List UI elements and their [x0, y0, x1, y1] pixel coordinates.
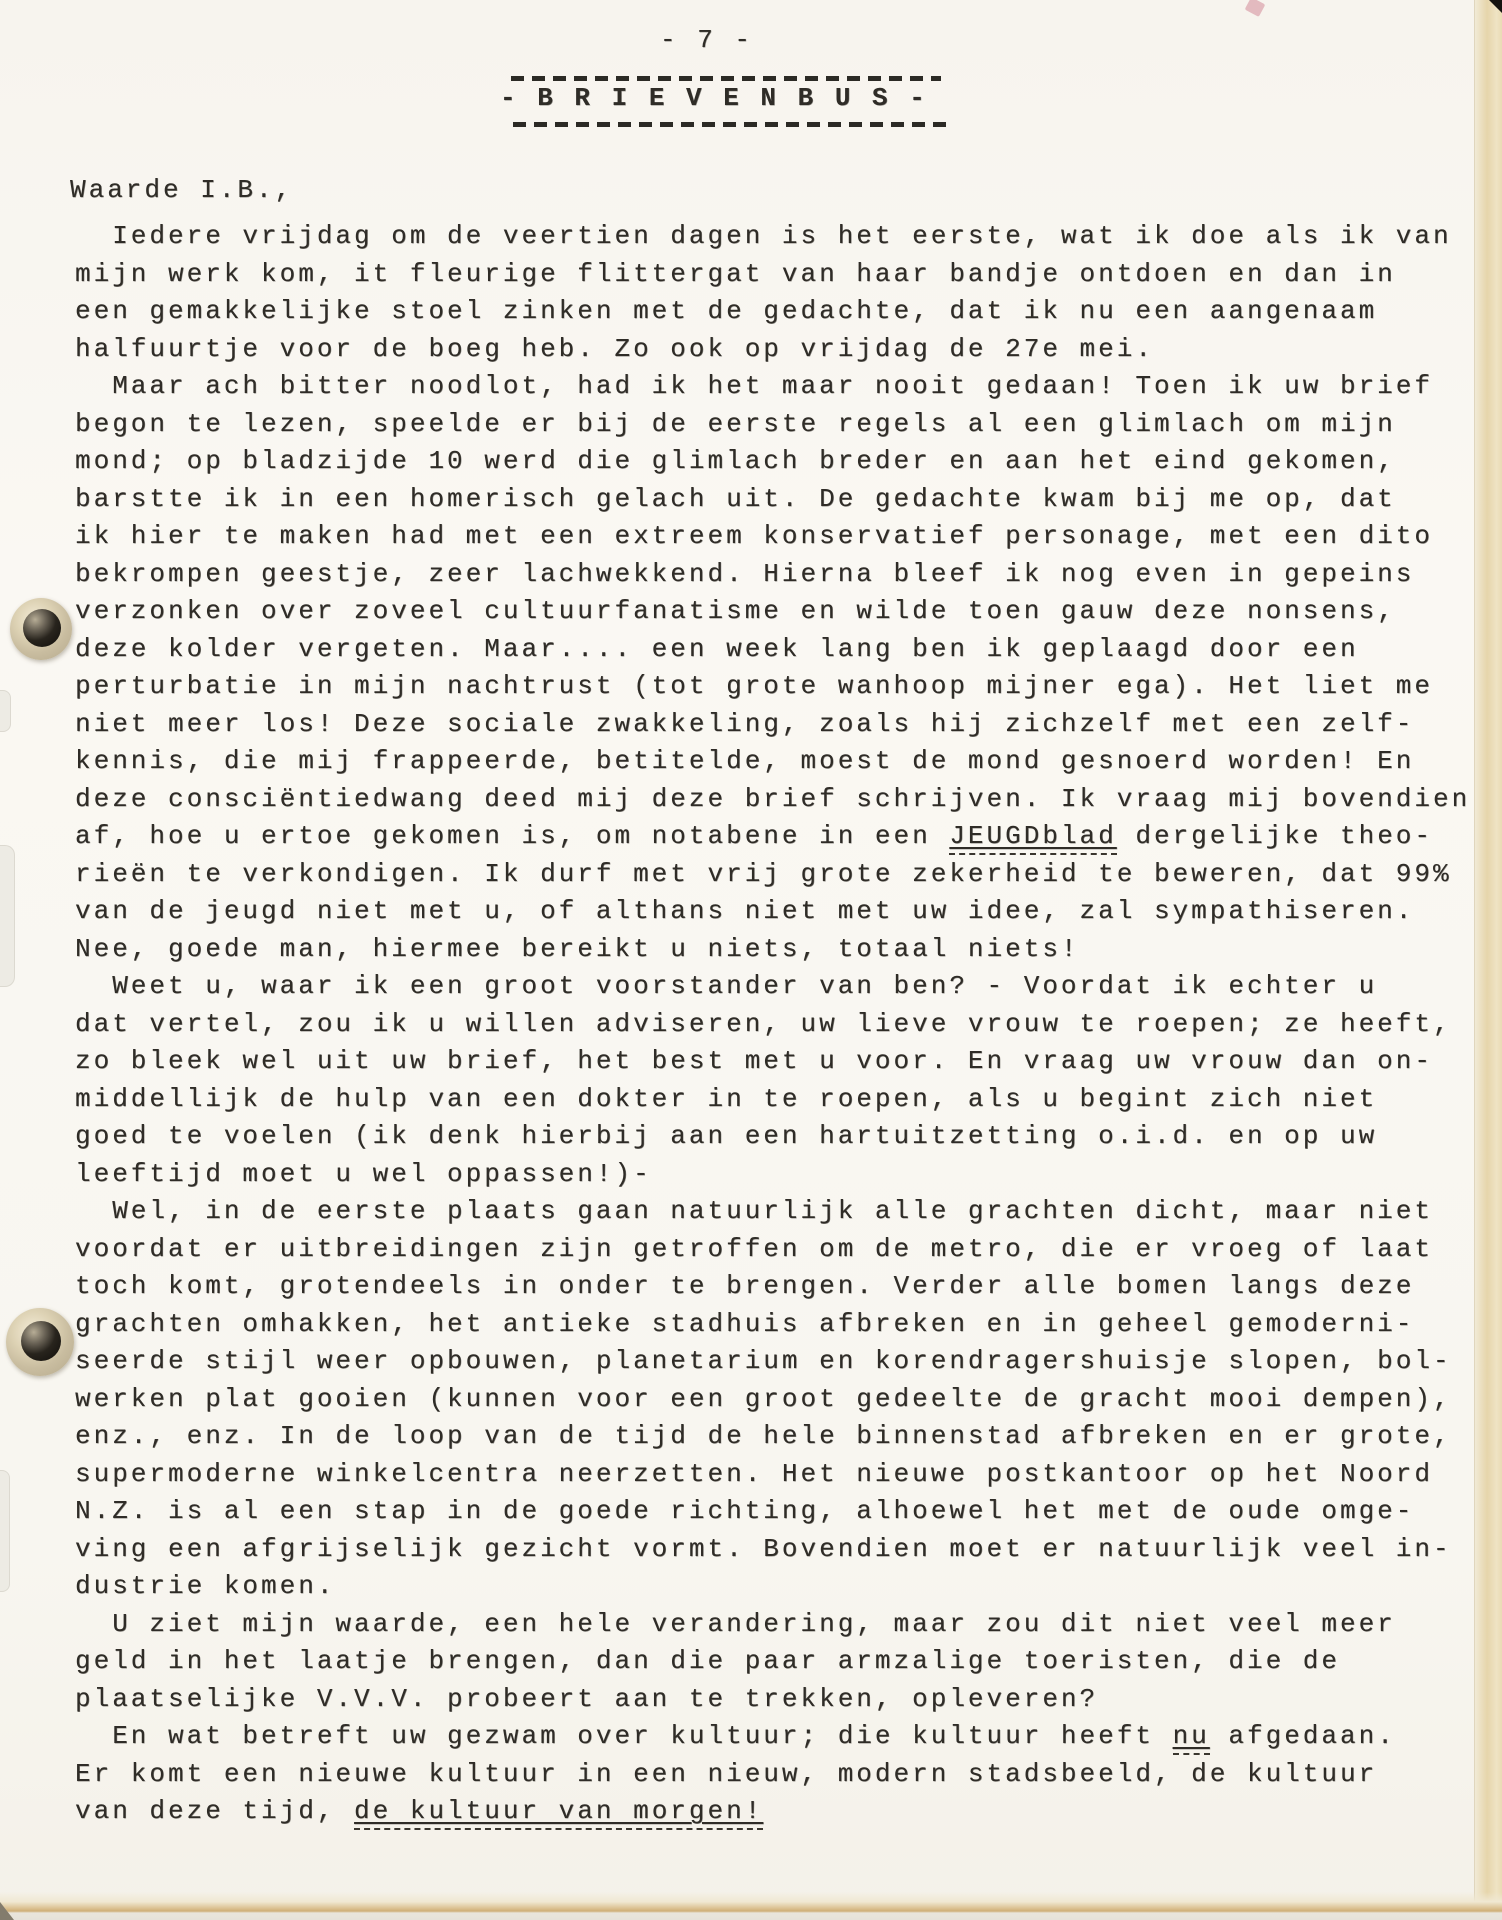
- letter-text: halfuurtje voor de boeg heb. Zo ook op v…: [75, 334, 1154, 364]
- letter-line: Wel, in de eerste plaats gaan natuurlijk…: [75, 1193, 1475, 1231]
- letter-line: mijn werk kom, it fleurige flittergat va…: [75, 256, 1475, 294]
- letter-line: van de jeugd niet met u, of althans niet…: [75, 893, 1475, 931]
- letter-text: van de jeugd niet met u, of althans niet…: [75, 896, 1414, 926]
- letter-line: geld in het laatje brengen, dan die paar…: [75, 1643, 1475, 1681]
- letter-line: barstte ik in een homerisch gelach uit. …: [75, 481, 1475, 519]
- letter-text: Iedere vrijdag om de veertien dagen is h…: [75, 221, 1452, 251]
- page-edge-bottom: [0, 1892, 1502, 1920]
- letter-line: middellijk de hulp van een dokter in te …: [75, 1081, 1475, 1119]
- page-edge-right: [1474, 0, 1502, 1920]
- letter-text: toch komt, grotendeels in onder te breng…: [75, 1271, 1414, 1301]
- letter-text: bekrompen geestje, zeer lachwekkend. Hie…: [75, 559, 1414, 589]
- letter-text: Er komt een nieuwe kultuur in een nieuw,…: [75, 1759, 1377, 1789]
- letter-text: Maar ach bitter noodlot, had ik het maar…: [75, 371, 1433, 401]
- letter-text: af, hoe u ertoe gekomen is, om notabene …: [75, 821, 949, 851]
- underlined-text: de kultuur van morgen!: [354, 1796, 763, 1830]
- letter-text: dustrie komen.: [75, 1571, 335, 1601]
- corner-shadow-bottom-left: [0, 1902, 14, 1920]
- letter-line: toch komt, grotendeels in onder te breng…: [75, 1268, 1475, 1306]
- letter-body: Iedere vrijdag om de veertien dagen is h…: [75, 218, 1475, 1831]
- letter-line: Nee, goede man, hiermee bereikt u niets,…: [75, 931, 1475, 969]
- letter-line: En wat betreft uw gezwam over kultuur; d…: [75, 1718, 1475, 1756]
- letter-text: U ziet mijn waarde, een hele verandering…: [75, 1609, 1396, 1639]
- letter-text: supermoderne winkelcentra neerzetten. He…: [75, 1459, 1433, 1489]
- binder-hole-top: [10, 598, 72, 660]
- letter-text: perturbatie in mijn nachtrust (tot grote…: [75, 671, 1433, 701]
- letter-line: goed te voelen (ik denk hierbij aan een …: [75, 1118, 1475, 1156]
- letter-text: dat vertel, zou ik u willen adviseren, u…: [75, 1009, 1452, 1039]
- letter-line: ik hier te maken had met een extreem kon…: [75, 518, 1475, 556]
- letter-text: deze consciëntiedwang deed mij deze brie…: [75, 784, 1470, 814]
- letter-line: Weet u, waar ik een groot voorstander va…: [75, 968, 1475, 1006]
- letter-line: supermoderne winkelcentra neerzetten. He…: [75, 1456, 1475, 1494]
- section-title-brievenbus: - B R I E V E N B U S -: [500, 80, 928, 118]
- letter-text: leeftijd moet u wel oppassen!)-: [75, 1159, 652, 1189]
- letter-line: werken plat gooien (kunnen voor een groo…: [75, 1381, 1475, 1419]
- letter-line: halfuurtje voor de boeg heb. Zo ook op v…: [75, 331, 1475, 369]
- pink-smudge-mark: [1245, 0, 1266, 17]
- letter-text: grachten omhakken, het antieke stadhuis …: [75, 1309, 1414, 1339]
- letter-line: enz., enz. In de loop van de tijd de hel…: [75, 1418, 1475, 1456]
- torn-paper-bit: [0, 690, 11, 732]
- binder-hole-pin: [23, 609, 61, 647]
- letter-line: N.Z. is al een stap in de goede richting…: [75, 1493, 1475, 1531]
- letter-line: leeftijd moet u wel oppassen!)-: [75, 1156, 1475, 1194]
- letter-text: dergelijke theo-: [1117, 821, 1433, 851]
- letter-text: mond; op bladzijde 10 werd die glimlach …: [75, 446, 1396, 476]
- letter-text: zo bleek wel uit uw brief, het best met …: [75, 1046, 1433, 1076]
- letter-text: N.Z. is al een stap in de goede richting…: [75, 1496, 1414, 1526]
- letter-text: kennis, die mij frappeerde, betitelde, m…: [75, 746, 1414, 776]
- letter-line: van deze tijd, de kultuur van morgen!: [75, 1793, 1475, 1831]
- underlined-text: JEUGDblad: [949, 821, 1116, 855]
- letter-text: ving een afgrijselijk gezicht vormt. Bov…: [75, 1534, 1452, 1564]
- letter-text: goed te voelen (ik denk hierbij aan een …: [75, 1121, 1377, 1151]
- binder-hole-bottom: [6, 1308, 74, 1376]
- letter-line: zo bleek wel uit uw brief, het best met …: [75, 1043, 1475, 1081]
- torn-paper-bit: [0, 1470, 10, 1592]
- letter-line: grachten omhakken, het antieke stadhuis …: [75, 1306, 1475, 1344]
- letter-line: kennis, die mij frappeerde, betitelde, m…: [75, 743, 1475, 781]
- scanned-letter-page: - 7 - - B R I E V E N B U S - Waarde I.B…: [0, 0, 1502, 1920]
- letter-line: voordat er uitbreidingen zijn getroffen …: [75, 1231, 1475, 1269]
- letter-line: een gemakkelijke stoel zinken met de ged…: [75, 293, 1475, 331]
- letter-text: rieën te verkondigen. Ik durf met vrij g…: [75, 859, 1452, 889]
- letter-text: van deze tijd,: [75, 1796, 354, 1826]
- letter-text: ik hier te maken had met een extreem kon…: [75, 521, 1433, 551]
- letter-line: Iedere vrijdag om de veertien dagen is h…: [75, 218, 1475, 256]
- letter-text: verzonken over zoveel cultuurfanatisme e…: [75, 596, 1396, 626]
- letter-line: plaatselijke V.V.V. probeert aan te trek…: [75, 1681, 1475, 1719]
- letter-text: Wel, in de eerste plaats gaan natuurlijk…: [75, 1196, 1433, 1226]
- letter-line: dat vertel, zou ik u willen adviseren, u…: [75, 1006, 1475, 1044]
- torn-paper-bit: [0, 845, 15, 987]
- page-number: - 7 -: [660, 22, 753, 60]
- letter-line: bekrompen geestje, zeer lachwekkend. Hie…: [75, 556, 1475, 594]
- letter-line: Er komt een nieuwe kultuur in een nieuw,…: [75, 1756, 1475, 1794]
- letter-text: voordat er uitbreidingen zijn getroffen …: [75, 1234, 1433, 1264]
- letter-text: barstte ik in een homerisch gelach uit. …: [75, 484, 1396, 514]
- letter-text: En wat betreft uw gezwam over kultuur; d…: [75, 1721, 1173, 1751]
- letter-text: deze kolder vergeten. Maar.... een week …: [75, 634, 1359, 664]
- letter-text: afgedaan.: [1210, 1721, 1396, 1751]
- letter-line: rieën te verkondigen. Ik durf met vrij g…: [75, 856, 1475, 894]
- letter-text: Nee, goede man, hiermee bereikt u niets,…: [75, 934, 1080, 964]
- underlined-text: nu: [1173, 1721, 1210, 1755]
- letter-text: Weet u, waar ik een groot voorstander va…: [75, 971, 1377, 1001]
- letter-salutation: Waarde I.B.,: [70, 172, 293, 210]
- letter-line: U ziet mijn waarde, een hele verandering…: [75, 1606, 1475, 1644]
- letter-text: mijn werk kom, it fleurige flittergat va…: [75, 259, 1396, 289]
- letter-line: seerde stijl weer opbouwen, planetarium …: [75, 1343, 1475, 1381]
- dashed-rule-bottom: [513, 122, 947, 127]
- letter-line: verzonken over zoveel cultuurfanatisme e…: [75, 593, 1475, 631]
- letter-line: Maar ach bitter noodlot, had ik het maar…: [75, 368, 1475, 406]
- letter-text: enz., enz. In de loop van de tijd de hel…: [75, 1421, 1452, 1451]
- letter-text: werken plat gooien (kunnen voor een groo…: [75, 1384, 1452, 1414]
- letter-text: seerde stijl weer opbouwen, planetarium …: [75, 1346, 1452, 1376]
- letter-text: geld in het laatje brengen, dan die paar…: [75, 1646, 1340, 1676]
- letter-line: mond; op bladzijde 10 werd die glimlach …: [75, 443, 1475, 481]
- letter-text: middellijk de hulp van een dokter in te …: [75, 1084, 1377, 1114]
- letter-line: deze kolder vergeten. Maar.... een week …: [75, 631, 1475, 669]
- letter-line: begon te lezen, speelde er bij de eerste…: [75, 406, 1475, 444]
- letter-line: niet meer los! Deze sociale zwakkeling, …: [75, 706, 1475, 744]
- letter-text: een gemakkelijke stoel zinken met de ged…: [75, 296, 1377, 326]
- letter-line: ving een afgrijselijk gezicht vormt. Bov…: [75, 1531, 1475, 1569]
- letter-line: perturbatie in mijn nachtrust (tot grote…: [75, 668, 1475, 706]
- letter-line: af, hoe u ertoe gekomen is, om notabene …: [75, 818, 1475, 856]
- binder-hole-pin: [21, 1321, 61, 1361]
- letter-text: begon te lezen, speelde er bij de eerste…: [75, 409, 1396, 439]
- letter-text: plaatselijke V.V.V. probeert aan te trek…: [75, 1684, 1098, 1714]
- letter-line: dustrie komen.: [75, 1568, 1475, 1606]
- letter-line: deze consciëntiedwang deed mij deze brie…: [75, 781, 1475, 819]
- corner-shadow-top-right: [1489, 0, 1502, 13]
- letter-text: niet meer los! Deze sociale zwakkeling, …: [75, 709, 1414, 739]
